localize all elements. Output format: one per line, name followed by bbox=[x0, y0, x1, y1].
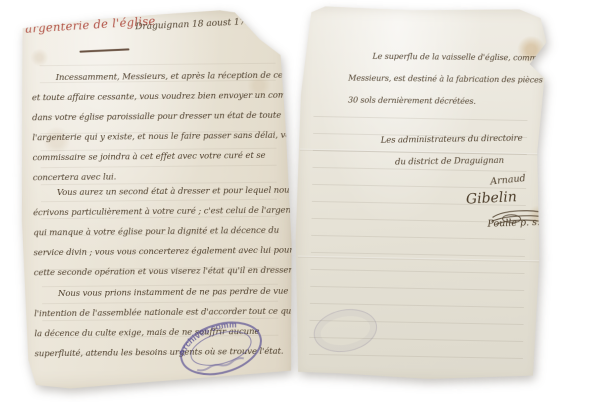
manuscript-line: Messieurs, est destiné à la fabrication … bbox=[348, 67, 538, 91]
right-paragraph: Le superflu de la vaisselle d'église, co… bbox=[348, 45, 539, 113]
right-page-wrapper: Le superflu de la vaisselle d'église, co… bbox=[290, 4, 549, 387]
right-manuscript-page: Le superflu de la vaisselle d'église, co… bbox=[290, 4, 549, 387]
manuscript-line: écrivons particulièrement à votre curé ;… bbox=[33, 201, 285, 224]
manuscript-line: qui manque à votre église pour la dignit… bbox=[33, 221, 285, 244]
manuscript-line: commissaire se joindra à cet effet avec … bbox=[32, 146, 284, 169]
manuscript-line: Le superflu de la vaisselle d'église, co… bbox=[348, 45, 538, 69]
manuscript-line: Incessamment, Messieurs, et après la réc… bbox=[32, 66, 284, 89]
caption-underline bbox=[79, 48, 129, 52]
manuscript-line: service divin ; vous vous concerterez ég… bbox=[33, 241, 285, 264]
stamp-ghost-impression bbox=[310, 304, 381, 357]
manuscript-line: dans votre église paroissialle pour dres… bbox=[32, 106, 284, 129]
signature-poulle: Poulle p. s. bbox=[487, 217, 540, 230]
manuscript-line: du district de Draguignan bbox=[381, 149, 523, 173]
left-manuscript-page: argenterie de l'église Draguignan 18 aou… bbox=[17, 10, 295, 391]
manuscript-line: Vous aurez un second état à dresser et p… bbox=[33, 181, 285, 204]
paragraph-1: Incessamment, Messieurs, et après la réc… bbox=[32, 66, 285, 189]
manuscript-line: cette seconde opération et vous viserez … bbox=[34, 261, 286, 284]
manuscript-line: et toute affaire cessante, vous voudrez … bbox=[32, 86, 284, 109]
manuscript-line: 30 sols dernièrement décrétées. bbox=[348, 89, 538, 113]
manuscript-line: Les administrateurs du directoire bbox=[381, 127, 523, 151]
signature-arnaud: Arnaud bbox=[490, 173, 526, 188]
paragraph-2: Vous aurez un second état à dresser et p… bbox=[33, 181, 286, 284]
closing-formula: Les administrateurs du directoire du dis… bbox=[381, 127, 524, 173]
manuscript-line: l'argenterie qui y existe, et nous le fa… bbox=[32, 126, 284, 149]
manuscript-line: Nous vous prions instamment de ne pas pe… bbox=[34, 282, 286, 305]
left-page-wrapper: argenterie de l'église Draguignan 18 aou… bbox=[17, 10, 295, 391]
fold-crease bbox=[298, 256, 540, 263]
